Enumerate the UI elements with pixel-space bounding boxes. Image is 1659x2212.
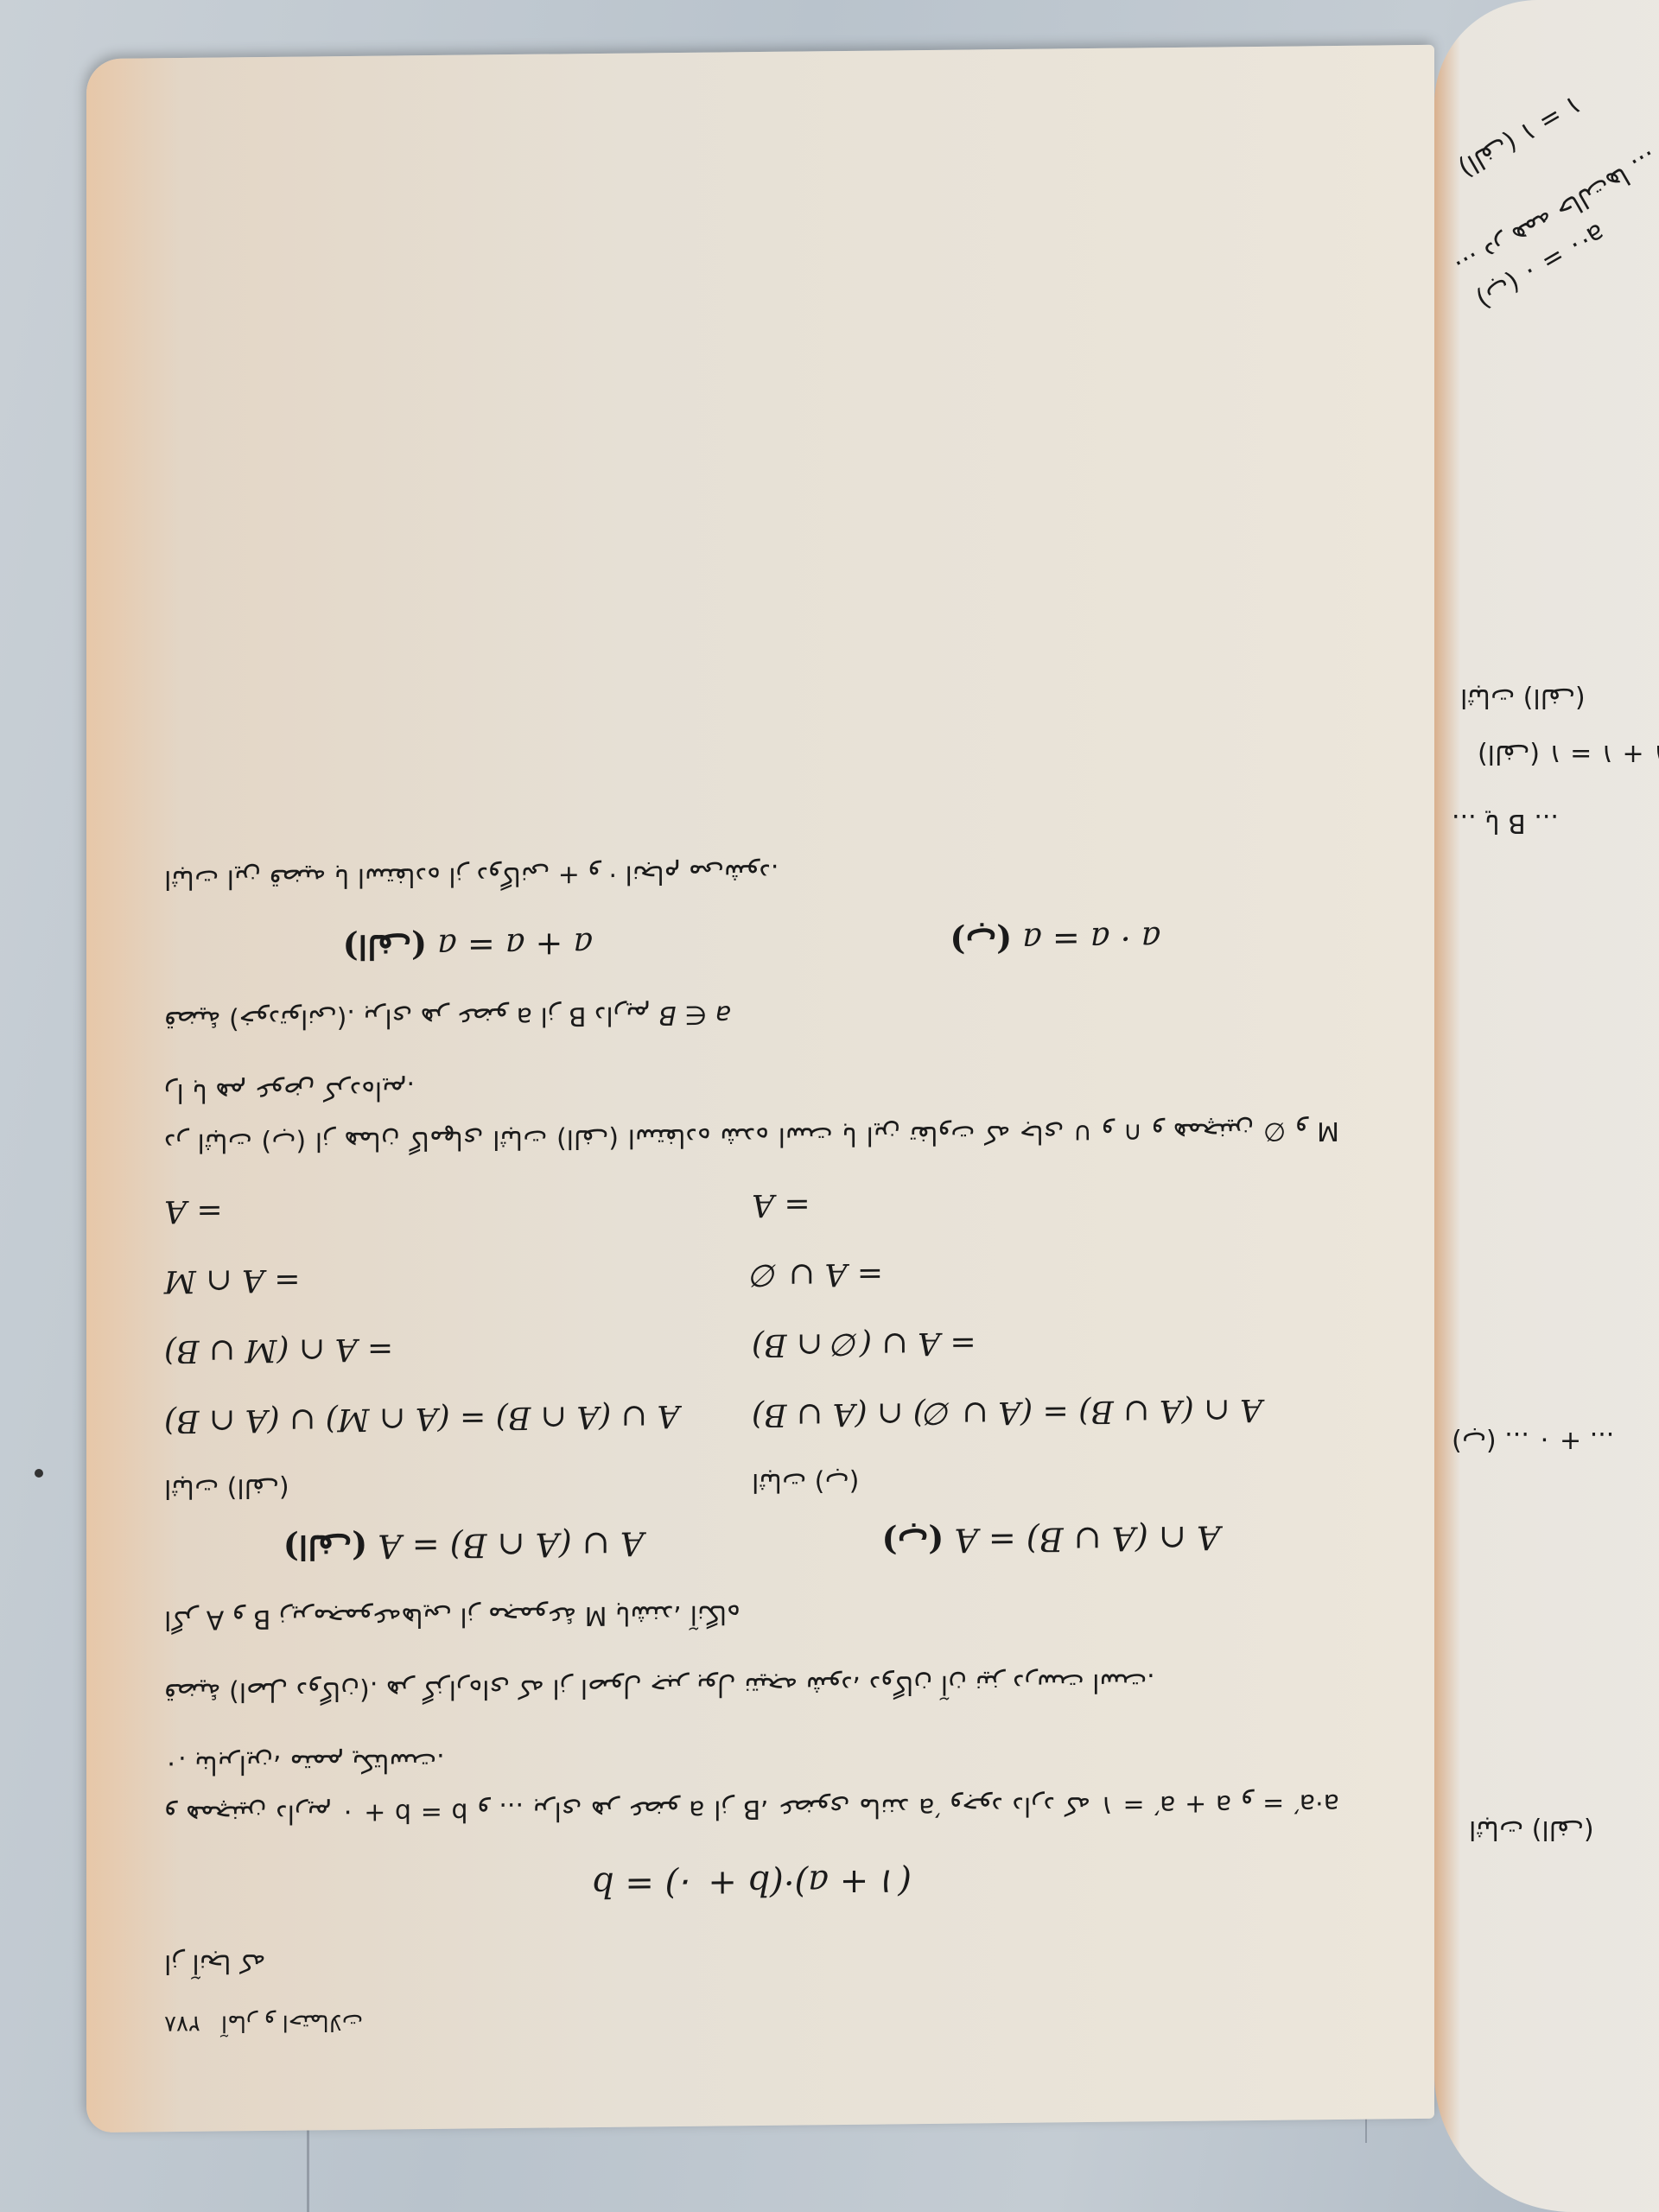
adjacent-page: ۱ = ۱ (الف) ... در همه حالت‌ها ... a·۰ =…: [1434, 0, 1659, 2212]
right-page-line: ... B یا ...: [1452, 808, 1559, 838]
proofs: اثبات (الف) اثبات (ب) A ∪ (A ∩ B) = (A ∩…: [164, 1181, 1339, 1503]
idempotent-a: (الف) a + a = a: [343, 925, 594, 967]
idempotent-laws: (الف) a + a = a (ب) a · a = a: [164, 918, 1339, 969]
paragraph-1: و همچنین داریم ۰ + b = b و ... برای هر ع…: [164, 1727, 1339, 1840]
page-speck: [35, 1469, 43, 1478]
proof-a-step: = A ∩ (M ∪ B): [164, 1327, 752, 1369]
proof-a-step: = A: [164, 1187, 752, 1229]
book-title: آمار و احتمالات: [221, 2009, 363, 2037]
right-page-line: اثبات (الف): [1460, 683, 1586, 713]
page-number: ۲۷۸: [164, 2011, 200, 2037]
membership: a ∈ B: [658, 999, 731, 1030]
equation-1: (۱ + a)·(b + ۰) = b: [164, 1857, 1339, 1909]
book-page: ۲۷۸ آمار و احتمالات از آنجا که (۱ + a)·(…: [86, 45, 1434, 2133]
page-content: ۲۷۸ آمار و احتمالات از آنجا که (۱ + a)·(…: [164, 132, 1339, 2037]
paragraph-2: قضیهٔ (اصل دوگان). هر گزاره‌ای که از اصو…: [164, 1655, 1339, 1717]
theorem-parts: (الف) A ∪ (A ∩ B) = A (ب) A ∩ (A ∪ B) = …: [164, 1517, 1339, 1568]
right-page-line: اثبات (الف): [1469, 1815, 1594, 1845]
idempotent-b: (ب) a · a = a: [950, 919, 1160, 961]
proof-b-step: = A ∪ (∅ ∩ B): [752, 1321, 1339, 1363]
right-page-line: ۱ + ۱ = ۱ (الف): [1478, 739, 1659, 769]
proof-b-step: = A: [752, 1181, 1339, 1223]
paragraph-3: در اثبات (ب) از همان گامهای اثبات (الف) …: [164, 1055, 1339, 1167]
proof-b-step: A ∩ (A ∪ B) = (A ∪ ∅) ∩ (A ∪ B): [752, 1391, 1339, 1433]
intro-text: از آنجا که: [164, 1926, 1339, 1988]
theorem-part-b: (ب) A ∩ (A ∪ B) = A: [882, 1518, 1221, 1560]
proof-a-step: A ∪ (A ∩ B) = (A ∩ M) ∪ (A ∩ B): [164, 1397, 752, 1439]
theorem-part-a: (الف) A ∪ (A ∩ B) = A: [283, 1524, 644, 1567]
right-page-line: ... + ۰ ... (ب): [1452, 1426, 1614, 1456]
closing-text: اثبات این قضیه با استفاده از دوگانی + و …: [164, 842, 1339, 904]
proof-a-step: = A ∩ M: [164, 1257, 752, 1299]
paragraph-4: قضیهٔ (خودتوانی). برای هر عضو a از B دار…: [164, 982, 1339, 1045]
proof-a-label: اثبات (الف): [164, 1467, 752, 1503]
proof-b-label: اثبات (ب): [752, 1461, 1339, 1497]
right-page-line: ۱ = ۱ (الف): [1453, 89, 1586, 183]
running-head: ۲۷۸ آمار و احتمالات: [164, 1999, 1339, 2037]
theorem-intro: اگر A و B زیرمجموعه‌هایی از مجموعهٔ M با…: [164, 1582, 1339, 1644]
proof-b-step: = A ∪ ∅: [752, 1251, 1339, 1293]
